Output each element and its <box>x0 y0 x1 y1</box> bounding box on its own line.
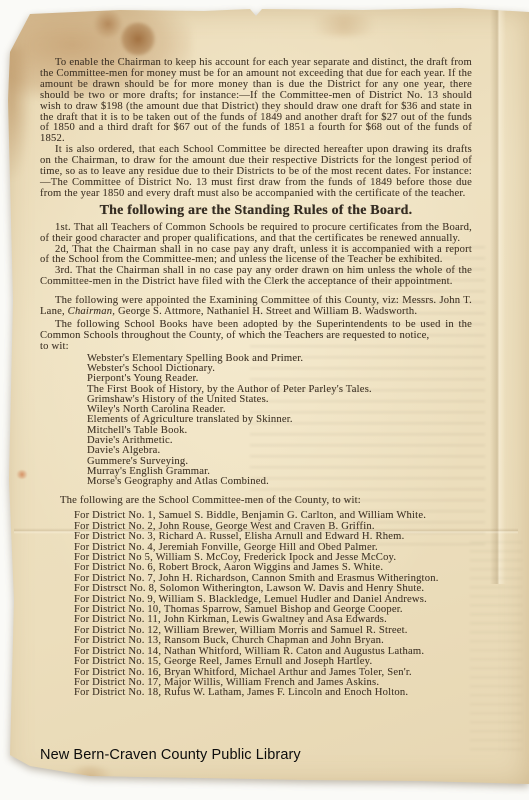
book-list: Webster's Elementary Spelling Book and P… <box>87 354 472 488</box>
paper-shadow: To enable the Chairman to keep his accou… <box>0 0 529 800</box>
paragraph-order: It is also ordered, that each School Com… <box>40 145 472 200</box>
rule-3: 3rd. That the Chairman shall in no case … <box>40 266 472 288</box>
rule-1: 1st. That all Teachers of Common Schools… <box>40 223 472 245</box>
district-row: For District No. 15, George Reel, James … <box>74 657 472 667</box>
document-content: To enable the Chairman to keep his accou… <box>4 8 529 786</box>
book-item: Morse's Geography and Atlas Combined. <box>87 477 472 487</box>
school-books-intro: The following School Books have been ado… <box>40 320 472 342</box>
examining-committee-paragraph: The following were appointed the Examini… <box>40 296 472 318</box>
district-committee-list: For District No. 1, Samuel S. Biddle, Be… <box>74 511 472 698</box>
scanned-document-photo: To enable the Chairman to keep his accou… <box>0 0 529 800</box>
to-wit-line: to wit: <box>40 342 472 353</box>
rule-2: 2d, That the Chairman shall in no case p… <box>40 245 472 267</box>
paragraph-draft-rules: To enable the Chairman to keep his accou… <box>40 58 472 145</box>
standing-rules-heading: The following are the Standing Rules of … <box>40 206 472 217</box>
examining-chairman-italic: Chairman, <box>68 306 115 317</box>
examining-text-after: George S. Attmore, Nathaniel H. Street a… <box>115 306 417 317</box>
committee-men-intro: The following are the School Committee-m… <box>40 496 472 507</box>
paper-sheet: To enable the Chairman to keep his accou… <box>4 8 529 786</box>
library-stamp: New Bern-Craven County Public Library <box>40 747 301 763</box>
district-row: For District No. 18, Rufus W. Latham, Ja… <box>74 688 472 698</box>
book-item: Pierpont's Young Reader. <box>87 374 472 384</box>
